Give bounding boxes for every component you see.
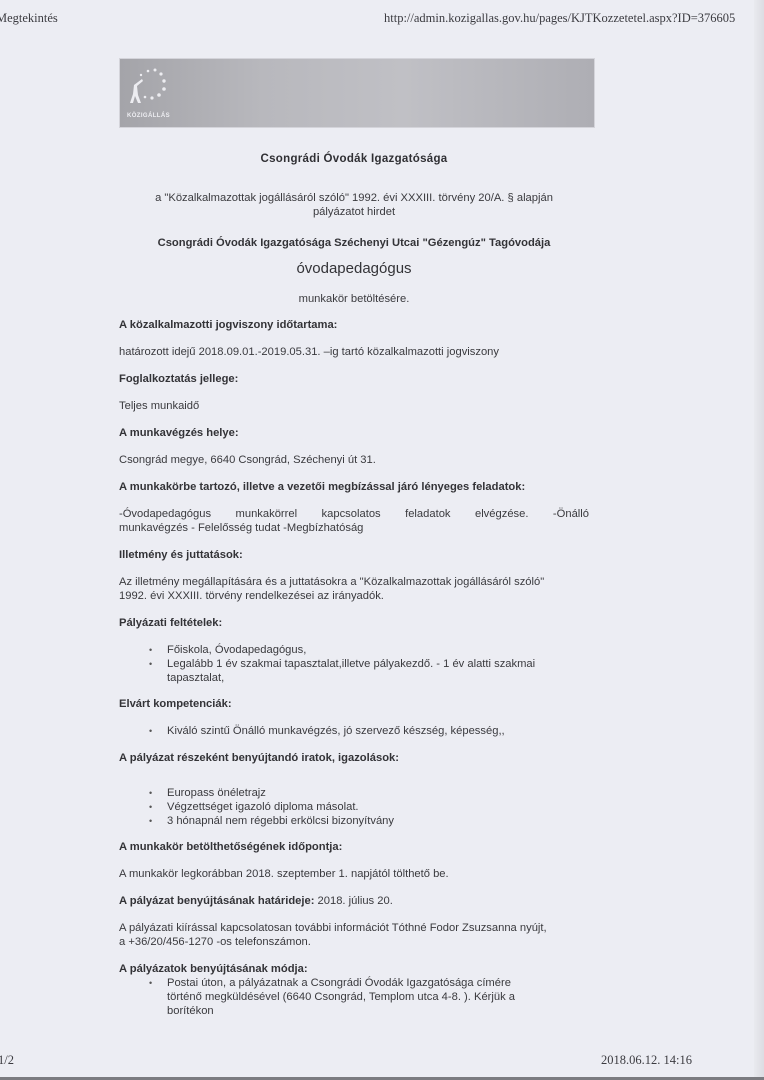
unit-name: Csongrádi Óvodák Igazgatósága Széchenyi … bbox=[119, 236, 589, 250]
duties-heading: A munkakörbe tartozó, illetve a vezetői … bbox=[119, 480, 589, 494]
deadline-line: A pályázat benyújtásának határideje: 201… bbox=[119, 894, 589, 908]
list-item: Végzettséget igazoló diploma másolat. bbox=[119, 800, 589, 814]
list-item: Postai úton, a pályázatnak a Csongrádi Ó… bbox=[119, 976, 539, 1018]
list-item: 3 hónapnál nem régebbi erkölcsi bizonyít… bbox=[119, 814, 589, 828]
start-date-heading: A munkakör betölthetőségének időpontja: bbox=[119, 840, 589, 854]
print-header-url: http://admin.kozigallas.gov.hu/pages/KJT… bbox=[384, 11, 735, 26]
banner-label: KÖZIGÁLLÁS bbox=[127, 113, 170, 119]
print-timestamp: 2018.06.12. 14:16 bbox=[601, 1053, 692, 1068]
start-date-text: A munkakör legkorábban 2018. szeptember … bbox=[119, 867, 589, 881]
salary-line-2: 1992. évi XXXIII. törvény rendelkezései … bbox=[119, 589, 589, 603]
documents-list: Europass önéletrajz Végzettséget igazoló… bbox=[119, 786, 589, 828]
kozigallas-banner: KÖZIGÁLLÁS bbox=[120, 59, 594, 127]
list-item: Kiváló szintű Önálló munkavégzés, jó sze… bbox=[119, 724, 589, 738]
competencies-list: Kiváló szintű Önálló munkavégzés, jó sze… bbox=[119, 724, 589, 738]
competencies-heading: Elvárt kompetenciák: bbox=[119, 697, 589, 711]
page-number: 1/2 bbox=[0, 1053, 14, 1068]
list-item: Europass önéletrajz bbox=[119, 786, 589, 800]
requirements-heading: Pályázati feltételek: bbox=[119, 616, 589, 630]
duties-line-1: -Óvodapedagógus munkakörrel kapcsolatos … bbox=[119, 507, 589, 521]
submission-heading: A pályázatok benyújtásának módja: bbox=[119, 962, 589, 976]
list-item: Főiskola, Óvodapedagógus, bbox=[119, 643, 539, 657]
duration-heading: A közalkalmazotti jogviszony időtartama: bbox=[119, 318, 589, 332]
print-header-title: Megtekintés bbox=[0, 11, 58, 26]
deadline-value: 2018. július 20. bbox=[318, 895, 393, 907]
position-suffix: munkakör betöltésére. bbox=[119, 292, 589, 306]
law-line-2: pályázatot hirdet bbox=[119, 205, 589, 219]
page-edge bbox=[754, 0, 764, 1080]
list-item: Legalább 1 év szakmai tapasztalat,illetv… bbox=[119, 657, 539, 685]
law-line-1: a "Közalkalmazottak jogállásáról szóló" … bbox=[119, 191, 589, 205]
position-title: óvodapedagógus bbox=[119, 262, 589, 276]
contact-line-1: A pályázati kiírással kapcsolatosan tová… bbox=[119, 921, 589, 935]
deadline-heading: A pályázat benyújtásának határideje: bbox=[119, 895, 314, 907]
requirements-list: Főiskola, Óvodapedagógus, Legalább 1 év … bbox=[119, 643, 539, 685]
employment-type-heading: Foglalkoztatás jellege: bbox=[119, 372, 589, 386]
law-reference: a "Közalkalmazottak jogállásáról szóló" … bbox=[119, 191, 589, 219]
submission-list: Postai úton, a pályázatnak a Csongrádi Ó… bbox=[119, 976, 539, 1018]
salary-heading: Illetmény és juttatások: bbox=[119, 548, 589, 562]
salary-line-1: Az illetmény megállapítására és a juttat… bbox=[119, 575, 589, 589]
duration-text: határozott idejű 2018.09.01.-2019.05.31.… bbox=[119, 345, 589, 359]
employment-type-text: Teljes munkaidő bbox=[119, 399, 589, 413]
kozigallas-logo-icon bbox=[126, 65, 176, 113]
contact-line-2: a +36/20/456-1270 -os telefonszámon. bbox=[119, 935, 589, 949]
organization-title: Csongrádi Óvodák Igazgatósága bbox=[119, 152, 589, 166]
workplace-text: Csongrád megye, 6640 Csongrád, Széchenyi… bbox=[119, 453, 589, 467]
workplace-heading: A munkavégzés helye: bbox=[119, 426, 589, 440]
duties-line-2: munkavégzés - Felelősség tudat -Megbízha… bbox=[119, 521, 589, 535]
documents-heading: A pályázat részeként benyújtandó iratok,… bbox=[119, 751, 589, 765]
